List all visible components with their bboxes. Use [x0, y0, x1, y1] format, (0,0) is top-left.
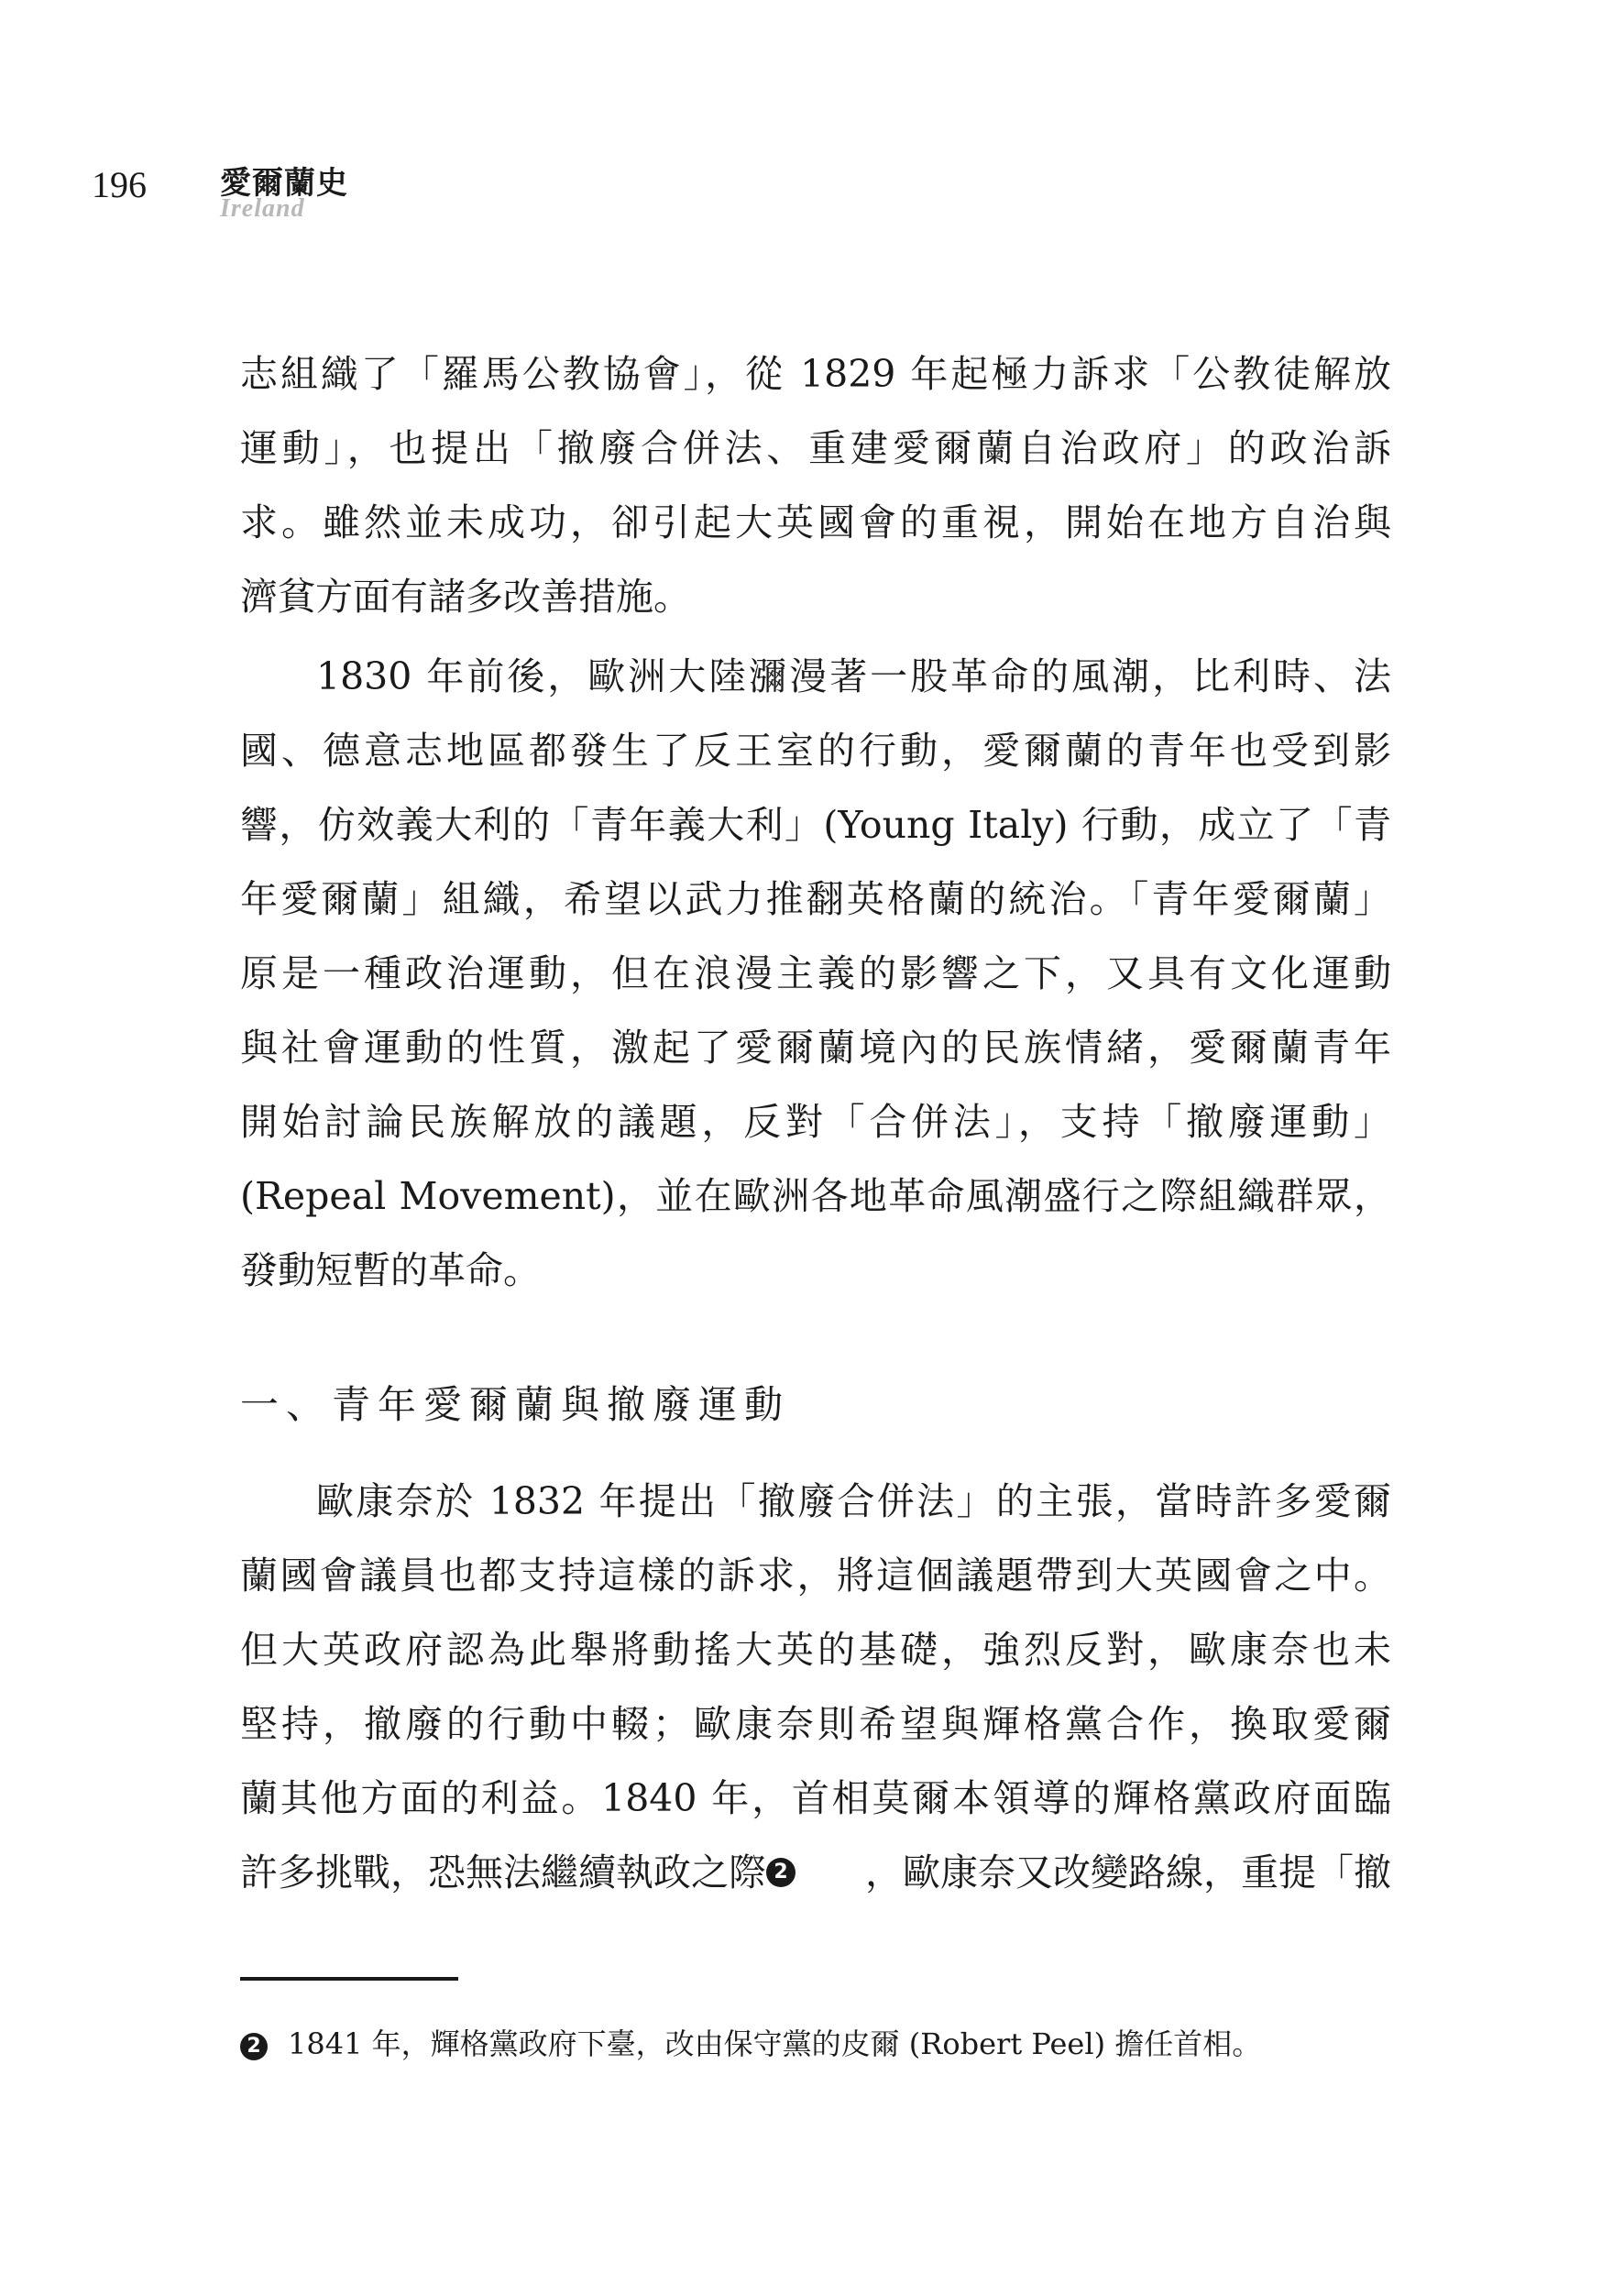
footnote-divider: [240, 1977, 458, 1981]
text-segment: 許多挑戰，恐無法繼續執政之際: [240, 1845, 766, 1900]
footnote: 21841 年，輝格黨政府下臺，改由保守黨的皮爾 (Robert Peel) 擔…: [240, 2024, 1261, 2064]
text-line: 年愛爾蘭」組織，希望以武力推翻英格蘭的統治。「青年愛爾蘭」: [240, 872, 1391, 927]
text-line: 1830 年前後，歐洲大陸瀰漫著一股革命的風潮，比利時、法: [316, 649, 1391, 704]
text-line: 蘭其他方面的利益。1840 年，首相莫爾本領導的輝格黨政府面臨: [240, 1771, 1391, 1826]
text-line: 許多挑戰，恐無法繼續執政之際 2 ，歐康奈又改變路線，重提「撤: [240, 1845, 1391, 1900]
text-line: 志組織了「羅馬公教協會」，從 1829 年起極力訴求「公教徒解放: [240, 346, 1391, 401]
text-line: 濟貧方面有諸多改善措施。: [240, 569, 1391, 624]
text-line: 蘭國會議員也都支持這樣的訴求，將這個議題帶到大英國會之中。: [240, 1548, 1391, 1603]
text-line: 但大英政府認為此舉將動搖大英的基礎，強烈反對，歐康奈也未: [240, 1622, 1391, 1677]
text-line: 歐康奈於 1832 年提出「撤廢合併法」的主張，當時許多愛爾: [316, 1474, 1391, 1529]
text-line: 堅持，撤廢的行動中輟；歐康奈則希望與輝格黨合作，換取愛爾: [240, 1697, 1391, 1751]
book-subtitle: Ireland: [220, 194, 305, 224]
footnote-text: 1841 年，輝格黨政府下臺，改由保守黨的皮爾 (Robert Peel) 擔任…: [288, 2026, 1261, 2061]
text-line: 開始討論民族解放的議題，反對「合併法」，支持「撤廢運動」: [240, 1094, 1391, 1149]
footnote-marker: 2: [240, 2033, 268, 2060]
footnote-ref-marker[interactable]: 2: [766, 1858, 796, 1887]
text-line: (Repeal Movement)，並在歐洲各地革命風潮盛行之際組織群眾，: [240, 1169, 1391, 1224]
text-line: 發動短暫的革命。: [240, 1243, 1391, 1298]
text-line: 求。雖然並未成功，卻引起大英國會的重視，開始在地方自治與: [240, 495, 1391, 550]
text-line: 響，仿效義大利的「青年義大利」(Young Italy) 行動，成立了「青: [240, 797, 1391, 852]
text-line: 國、德意志地區都發生了反王室的行動，愛爾蘭的青年也受到影: [240, 723, 1391, 778]
text-segment: ，歐康奈又改變路線，重提「撤: [865, 1845, 1391, 1900]
page-number: 196: [92, 163, 147, 206]
section-heading: 一、青年愛爾蘭與撤廢運動: [240, 1375, 790, 1430]
text-line: 與社會運動的性質，激起了愛爾蘭境內的民族情緒，愛爾蘭青年: [240, 1020, 1391, 1075]
text-line: 運動」，也提出「撤廢合併法、重建愛爾蘭自治政府」的政治訴: [240, 421, 1391, 476]
text-line: 原是一種政治運動，但在浪漫主義的影響之下，又具有文化運動: [240, 946, 1391, 1001]
